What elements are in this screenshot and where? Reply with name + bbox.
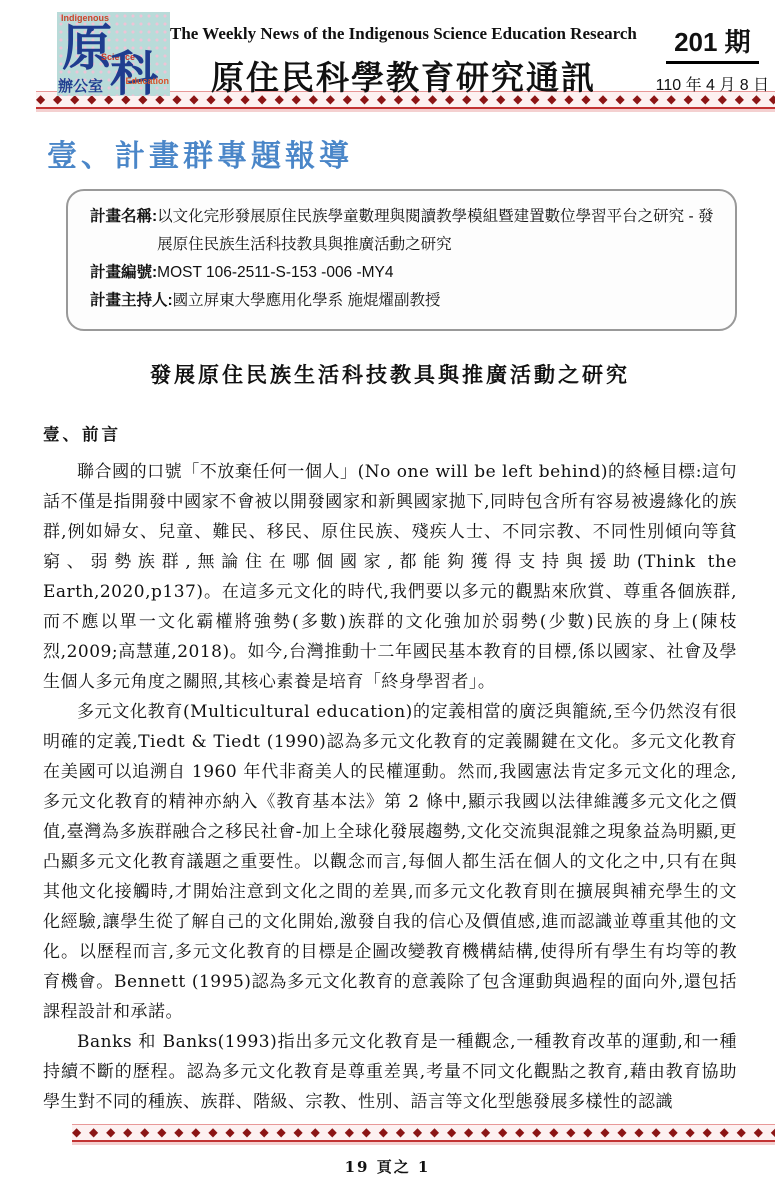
project-pi-label: 計畫主持人: [90,287,173,315]
foreword-heading: 壹、前言 [43,421,737,445]
issue-number: 201 期 [666,22,759,64]
decor-band-bottom: ◆ ◆ ◆ ◆ ◆ ◆ ◆ ◆ ◆ ◆ ◆ ◆ ◆ ◆ ◆ ◆ ◆ ◆ ◆ ◆ … [72,1124,775,1142]
header-titles: The Weekly News of the Indigenous Scienc… [170,12,637,99]
section-heading: 壹、計畫群專題報導 [47,131,737,175]
newsletter-page: Indigenous 原 Science 科 Education 辦公室 The… [0,0,775,1185]
paragraph-3: Banks 和 Banks(1993)指出多元文化教育是一種觀念,一種教育改革的… [43,1027,737,1117]
project-id-value: MOST 106-2511-S-153 -006 -MY4 [157,259,717,287]
project-name-row: 計畫名稱: 以文化完形發展原住民族學童數理與閱讀教學模組暨建置數位學習平台之研究… [90,203,717,259]
paragraph-2: 多元文化教育(Multicultural education)的定義相當的廣泛與… [43,697,737,1027]
project-name-label: 計畫名稱: [90,203,157,231]
header: Indigenous 原 Science 科 Education 辦公室 The… [0,0,775,95]
logo-text-education: Education [125,76,169,86]
paragraph-1: 聯合國的口號「不放棄任何一個人」(No one will be left beh… [43,457,737,697]
logo-char-yuan: 原 [62,12,112,80]
issue-info: 201 期 110 年 4 月 8 日 [637,12,775,95]
project-pi-row: 計畫主持人: 國立屏東大學應用化學系 施焜燿副教授 [90,287,717,315]
article-body: 聯合國的口號「不放棄任何一個人」(No one will be left beh… [43,457,737,1117]
article-title: 發展原住民族生活科技教具與推廣活動之研究 [43,359,737,389]
project-pi-value: 國立屏東大學應用化學系 施焜燿副教授 [173,287,717,315]
logo-char-ke: 科 [110,35,158,96]
page-number: 19 頁之 1 [0,1156,775,1177]
project-info-box: 計畫名稱: 以文化完形發展原住民族學童數理與閱讀教學模組暨建置數位學習平台之研究… [66,189,737,331]
main-content: 壹、計畫群專題報導 計畫名稱: 以文化完形發展原住民族學童數理與閱讀教學模組暨建… [0,131,775,1117]
logo-text-office: 辦公室 [58,75,103,96]
newsletter-logo: Indigenous 原 Science 科 Education 辦公室 [57,12,170,96]
project-name-value: 以文化完形發展原住民族學童數理與閱讀教學模組暨建置數位學習平台之研究 - 發展原… [157,203,717,259]
project-id-row: 計畫編號: MOST 106-2511-S-153 -006 -MY4 [90,259,717,287]
newsletter-english-title: The Weekly News of the Indigenous Scienc… [170,24,637,44]
project-id-label: 計畫編號: [90,259,157,287]
